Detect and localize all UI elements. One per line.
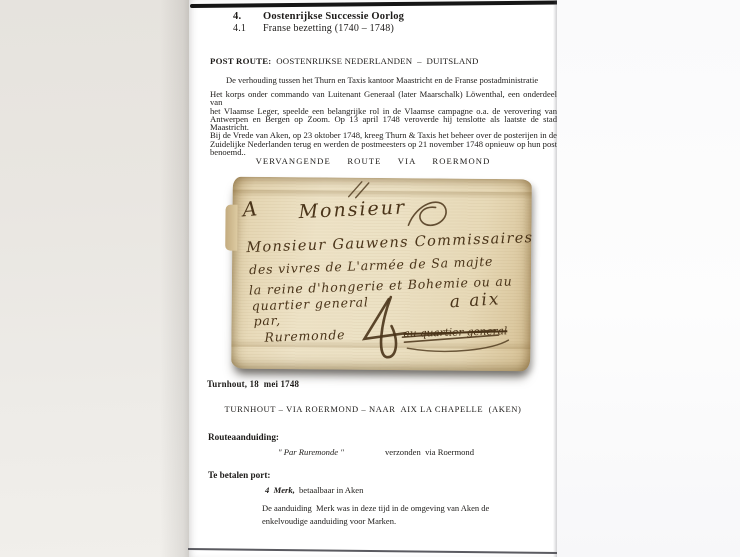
post-route-label: POST ROUTE: bbox=[210, 56, 271, 66]
postage-note: De aanduiding Merk was in deze tijd in d… bbox=[262, 502, 489, 527]
page-top-border bbox=[190, 0, 559, 8]
page-edge-shadow bbox=[160, 0, 189, 557]
route-indication-quote: " Par Ruremonde " bbox=[278, 447, 344, 457]
background-right bbox=[557, 0, 740, 557]
post-route-line: POST ROUTE: OOSTENRIJKSE NEDERLANDEN – D… bbox=[210, 56, 479, 66]
letter-addressee-title: Monsieur bbox=[298, 196, 406, 223]
note-line: De aanduiding Merk was in deze tijd in d… bbox=[262, 502, 489, 515]
letter-caption: Turnhout, 18 mei 1748 bbox=[207, 379, 299, 389]
route-summary-line: TURNHOUT – VIA ROERMOND – NAAR AIX LA CH… bbox=[189, 404, 557, 414]
letter-destination: a aix bbox=[449, 289, 501, 312]
letter-route-place: Ruremonde bbox=[264, 327, 345, 345]
body-line: Zuidelijke Nederlanden terug en werden d… bbox=[210, 140, 557, 148]
postage-value: 4 Merk, bbox=[265, 485, 295, 495]
postage-text: betaalbaar in Aken bbox=[299, 485, 363, 495]
alternate-route-heading: VERVANGENDE ROUTE VIA ROERMOND bbox=[189, 156, 557, 166]
postage-label: Te betalen port: bbox=[208, 470, 270, 480]
top-slash-mark bbox=[349, 182, 369, 198]
body-paragraph: Het korps onder commando van Luitenant G… bbox=[210, 90, 557, 156]
route-indication-text: verzonden via Roermond bbox=[385, 447, 474, 457]
letter-route-par: par, bbox=[253, 313, 281, 329]
exhibit-page: 4. Oostenrijkse Successie Oorlog 4.1 Fra… bbox=[189, 0, 557, 557]
post-route-value: OOSTENRIJKSE NEDERLANDEN – DUITSLAND bbox=[276, 56, 478, 66]
body-line: Het korps onder commando van Luitenant G… bbox=[210, 90, 557, 107]
route-indication-label: Routeaanduiding: bbox=[208, 432, 279, 442]
intro-line: De verhouding tussen het Thurn en Taxis … bbox=[226, 75, 538, 85]
letter-cover-photo: A Monsieur Monsieur Gauwens Commissaires… bbox=[231, 177, 532, 372]
subsection-number: 4.1 bbox=[233, 23, 246, 34]
subsection-title: Franse bezetting (1740 – 1748) bbox=[263, 23, 394, 34]
body-line: Antwerpen en Bergen op Zoom. Op 13 april… bbox=[210, 115, 557, 132]
letter-addressee-prefix: A bbox=[242, 196, 258, 221]
section-number: 4. bbox=[233, 11, 241, 22]
page-bottom-border bbox=[188, 548, 558, 554]
note-line: enkelvoudige aanduiding voor Marken. bbox=[262, 515, 489, 528]
address-flourish bbox=[408, 202, 446, 226]
exhibit-photo: { "page": { "section_number": "4.", "sec… bbox=[0, 0, 740, 557]
section-title: Oostenrijkse Successie Oorlog bbox=[263, 11, 404, 22]
